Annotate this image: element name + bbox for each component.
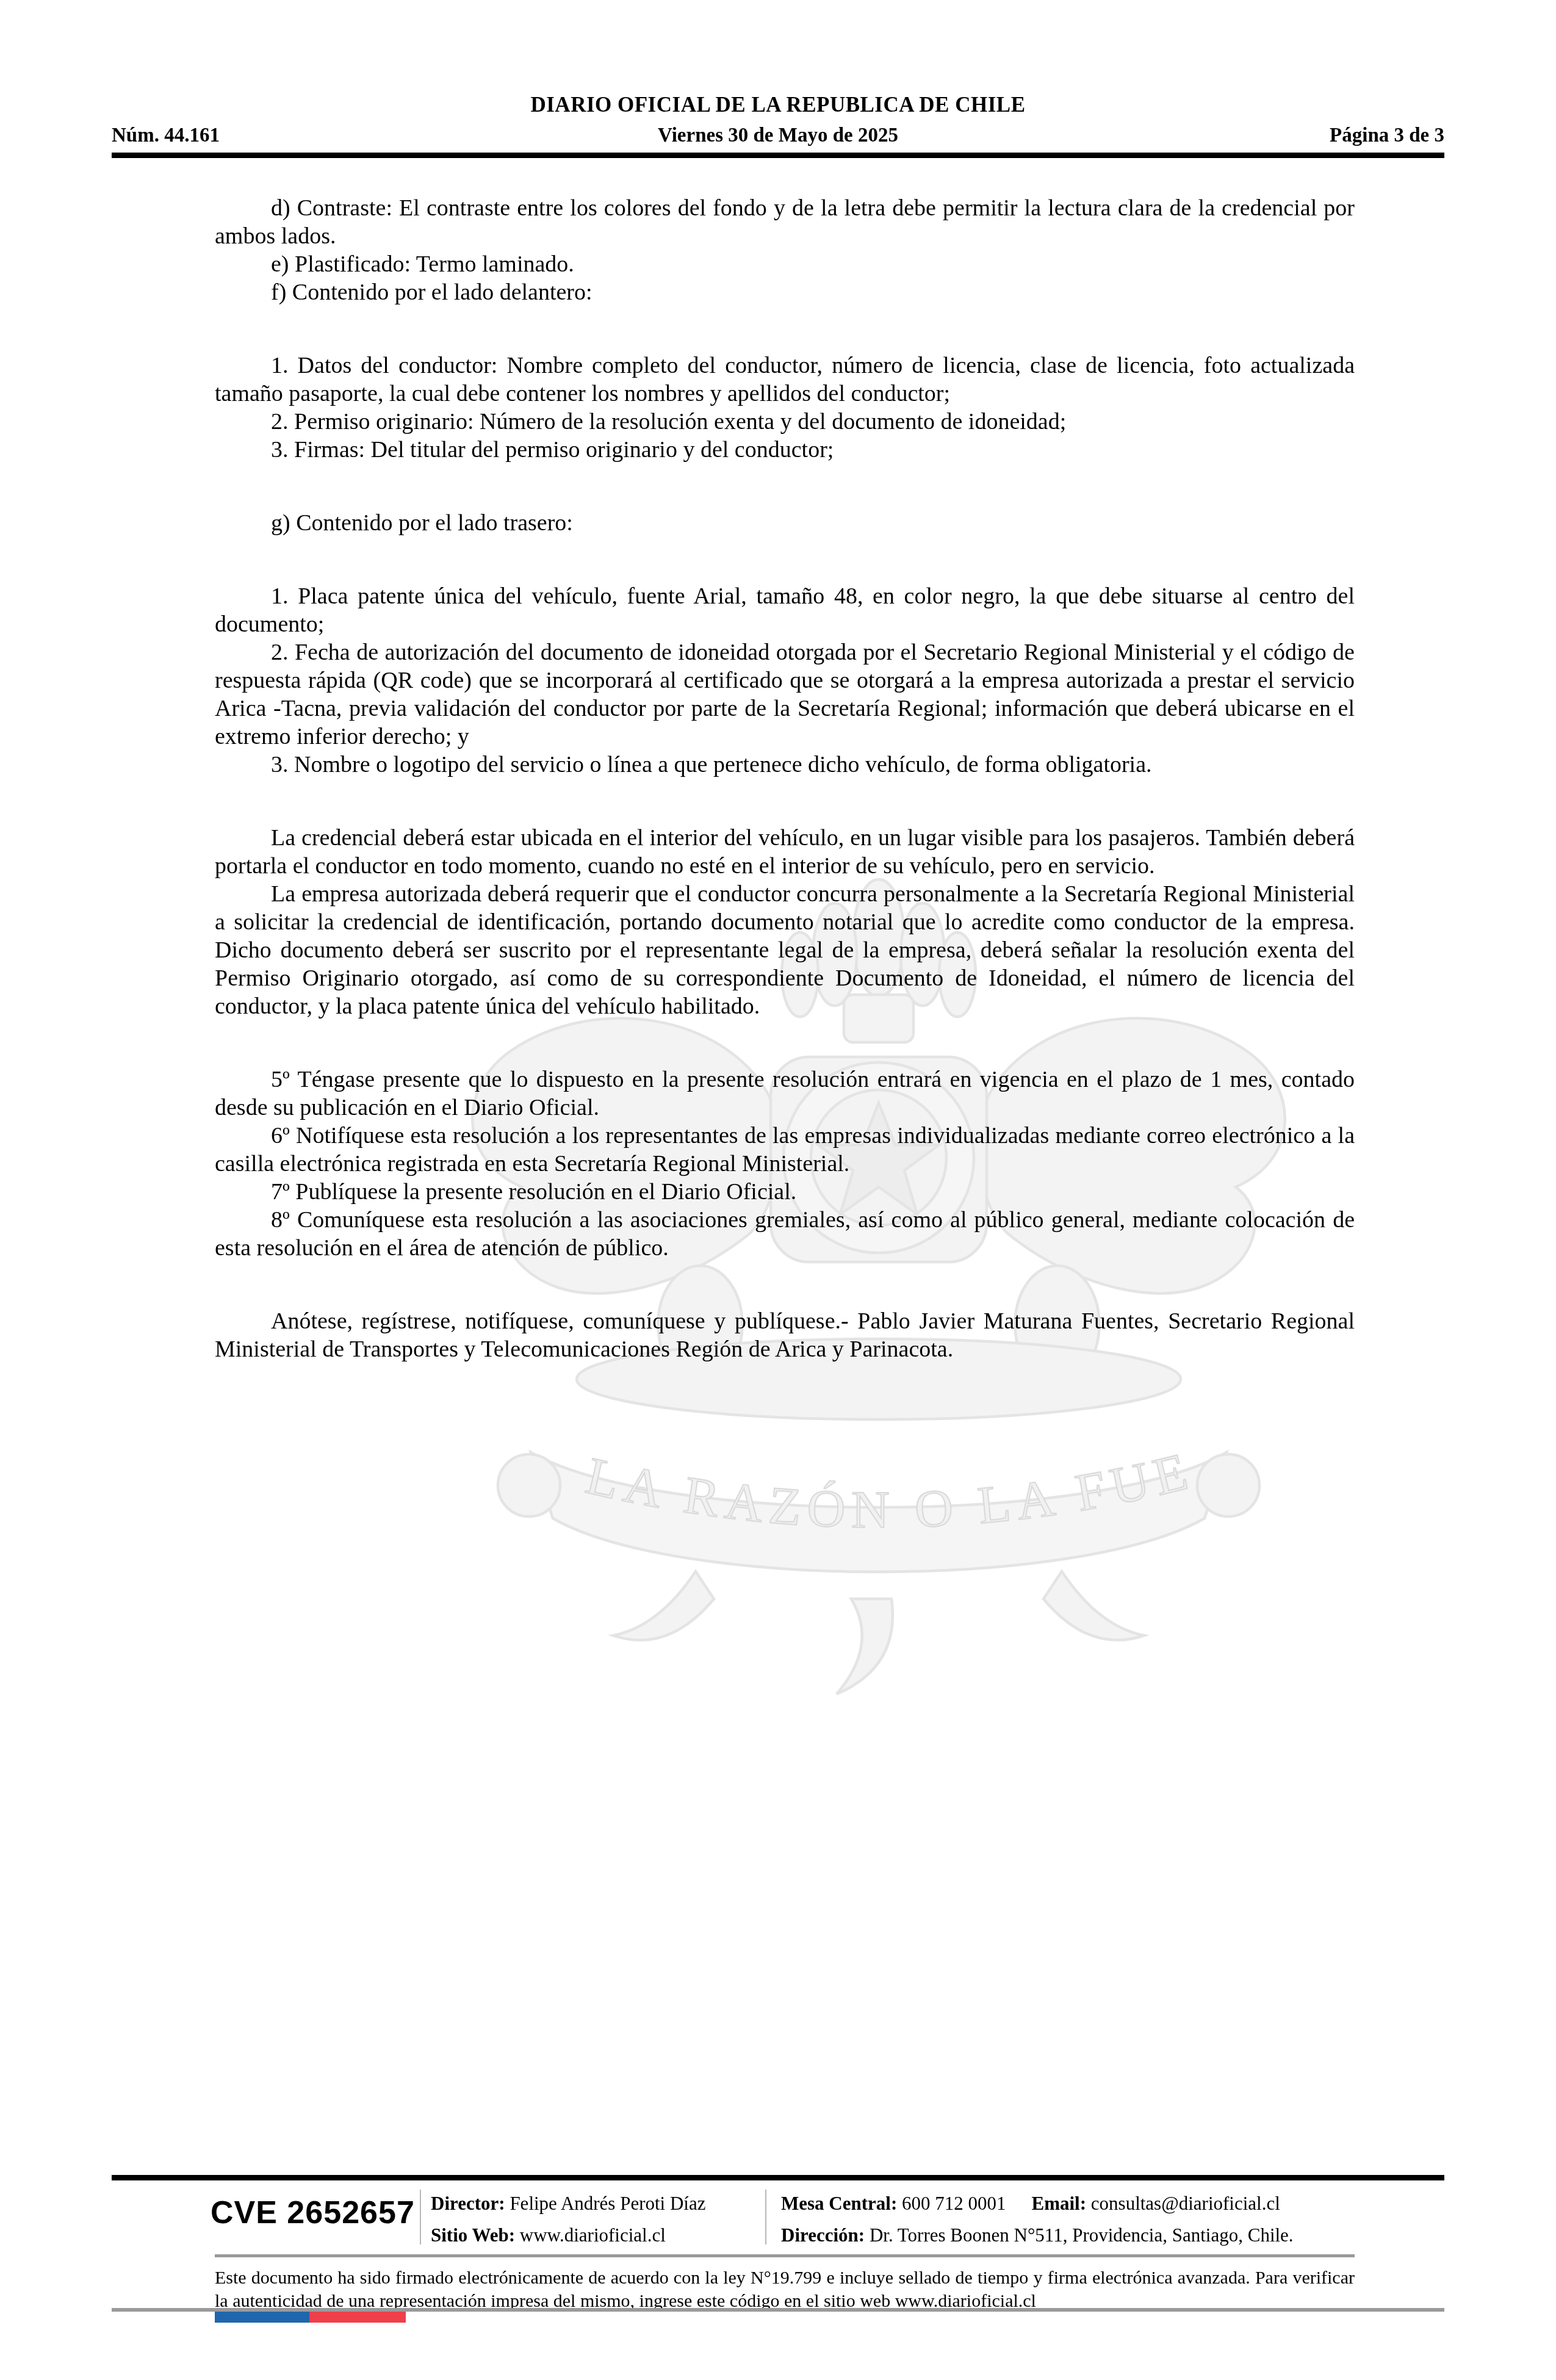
page-title: DIARIO OFICIAL DE LA REPUBLICA DE CHILE [0,93,1556,117]
phone-email-line: Mesa Central: 600 712 0001Email: consult… [781,2188,1294,2220]
website-value: www.diarioficial.cl [520,2224,666,2246]
paragraph: 1. Datos del conductor: Nombre completo … [215,352,1355,408]
footer-divider [420,2190,421,2245]
paragraph: La credencial deberá estar ubicada en el… [215,824,1355,880]
paragraph: f) Contenido por el lado delantero: [215,278,1355,306]
phone-value: 600 712 0001 [902,2193,1006,2214]
paragraph: g) Contenido por el lado trasero: [215,509,1355,537]
paragraph: 2. Permiso originario: Número de la reso… [215,408,1355,436]
director-line: Director: Felipe Andrés Peroti Díaz [431,2188,706,2220]
paragraph: La empresa autorizada deberá requerir qu… [215,880,1355,1020]
footer-top-rule [112,2175,1444,2180]
footer-divider [765,2190,766,2245]
phone-label: Mesa Central: [781,2193,897,2214]
paragraph: Anótese, regístrese, notifíquese, comuní… [215,1307,1355,1363]
paragraph: 8º Comuníquese esta resolución a las aso… [215,1206,1355,1262]
chile-flag-bar [215,2312,406,2323]
footer-contact-column: Mesa Central: 600 712 0001Email: consult… [781,2188,1294,2251]
address-value: Dr. Torres Boonen N°511, Providencia, Sa… [870,2224,1294,2246]
website-line: Sitio Web: www.diarioficial.cl [431,2220,706,2251]
paragraph: 3. Firmas: Del titular del permiso origi… [215,436,1355,464]
flag-blue-segment [215,2312,309,2323]
footer-director-column: Director: Felipe Andrés Peroti Díaz Siti… [431,2188,706,2251]
edition-date: Viernes 30 de Mayo de 2025 [112,124,1444,147]
paragraph: 2. Fecha de autorización del documento d… [215,638,1355,751]
address-label: Dirección: [781,2224,865,2246]
director-label: Director: [431,2193,505,2214]
cve-code: CVE 2652657 [211,2194,415,2231]
paragraph: 1. Placa patente única del vehículo, fue… [215,582,1355,638]
website-label: Sitio Web: [431,2224,515,2246]
legal-text: Este documento ha sido firmado electróni… [215,2266,1355,2313]
address-line: Dirección: Dr. Torres Boonen N°511, Prov… [781,2220,1294,2251]
document-body: d) Contraste: El contraste entre los col… [215,194,1355,1363]
email-label: Email: [1032,2193,1087,2214]
paragraph: e) Plastificado: Termo laminado. [215,250,1355,278]
email-value: consultas@diarioficial.cl [1091,2193,1280,2214]
page: DIARIO OFICIAL DE LA REPUBLICA DE CHILE … [0,0,1556,2380]
paragraph: 3. Nombre o logotipo del servicio o líne… [215,751,1355,779]
paragraph: 7º Publíquese la presente resolución en … [215,1178,1355,1206]
header-rule [112,153,1444,158]
paragraph: 6º Notifíquese esta resolución a los rep… [215,1122,1355,1178]
paragraph: d) Contraste: El contraste entre los col… [215,194,1355,250]
paragraph: 5º Téngase presente que lo dispuesto en … [215,1066,1355,1122]
flag-red-segment [309,2312,406,2323]
footer-inner-rule [215,2254,1355,2257]
director-value: Felipe Andrés Peroti Díaz [510,2193,705,2214]
page-number: Página 3 de 3 [1330,124,1444,147]
